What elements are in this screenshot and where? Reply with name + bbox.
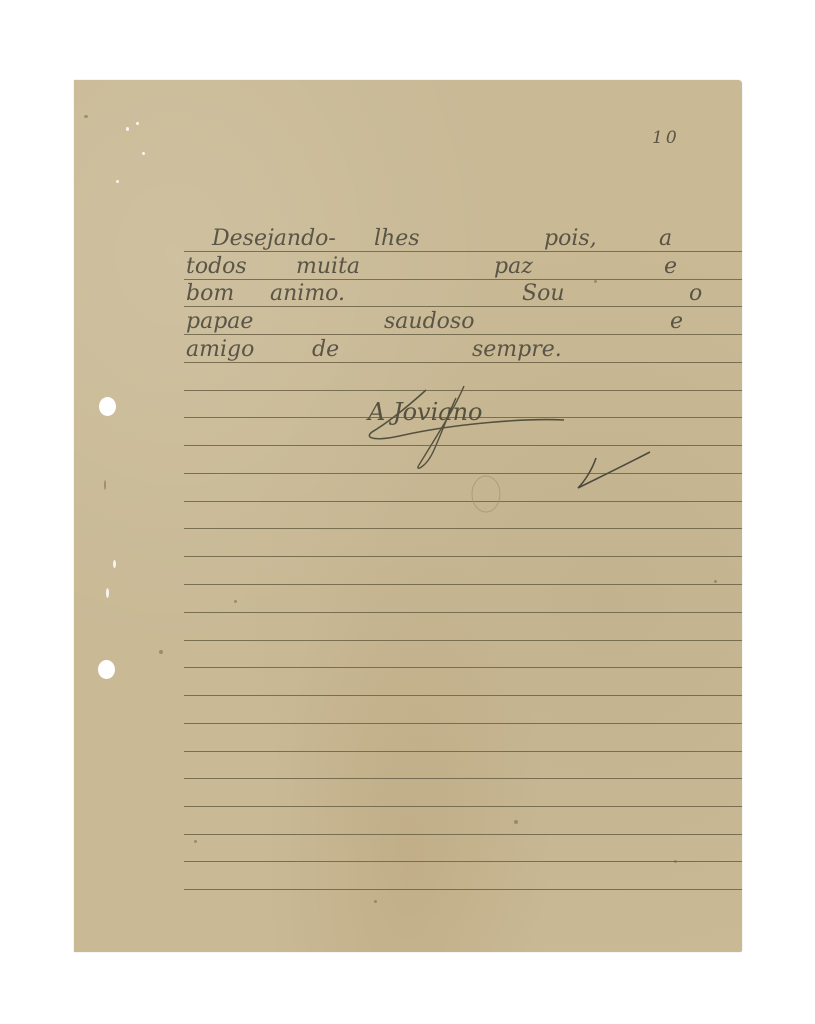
letter-word: sempre. <box>472 337 562 362</box>
paper-speck <box>234 600 237 603</box>
ruled-line <box>184 279 742 280</box>
ruled-line <box>184 528 742 529</box>
letter-word: muita <box>296 254 360 279</box>
ruled-line <box>184 306 742 307</box>
letter-word: paz <box>494 254 533 279</box>
ruled-line <box>184 334 742 335</box>
letter-line-5: amigo de sempre. <box>74 80 742 205</box>
punch-hole-lower <box>98 660 115 679</box>
ruled-line <box>184 751 742 752</box>
ruled-line <box>184 667 742 668</box>
faint-circle-mark-icon <box>464 470 514 520</box>
letter-word: o <box>689 281 702 306</box>
signature-flourish-icon <box>364 380 584 475</box>
ruled-line <box>184 612 742 613</box>
letter-word: todos <box>186 254 247 279</box>
paper-speck <box>594 280 597 283</box>
paper-speck <box>514 820 518 824</box>
ruled-line <box>184 861 742 862</box>
letter-word: Sou <box>522 281 565 306</box>
ruled-line <box>184 723 742 724</box>
ruled-line <box>184 778 742 779</box>
paper-speck <box>714 580 717 583</box>
ruled-line <box>184 556 742 557</box>
letter-word: de <box>312 337 339 362</box>
paper-speck <box>106 588 109 598</box>
letter-word: amigo <box>186 337 254 362</box>
ruled-line <box>184 251 742 252</box>
letter-word: e <box>664 254 677 279</box>
ruled-line <box>184 501 742 502</box>
ruled-line <box>184 584 742 585</box>
ruled-line <box>184 889 742 890</box>
ruled-line <box>184 695 742 696</box>
check-mark-icon <box>574 448 654 492</box>
punch-hole-upper <box>99 397 116 416</box>
ruled-line <box>184 834 742 835</box>
paper-speck <box>159 650 163 654</box>
letter-word: animo. <box>270 281 345 306</box>
paper-speck <box>104 480 106 490</box>
signature: A Joviano <box>368 398 482 426</box>
ruled-line <box>184 640 742 641</box>
letter-page: 10 Desejando- lhes pois, a todos muita p… <box>74 80 742 952</box>
letter-word: papae <box>186 309 253 334</box>
paper-speck <box>194 840 197 843</box>
ruled-line <box>184 362 742 363</box>
paper-speck <box>113 560 116 568</box>
letter-word: e <box>670 309 683 334</box>
ruled-line <box>184 806 742 807</box>
letter-word: bom <box>186 281 234 306</box>
paper-speck <box>374 900 377 903</box>
letter-word: saudoso <box>384 309 474 334</box>
